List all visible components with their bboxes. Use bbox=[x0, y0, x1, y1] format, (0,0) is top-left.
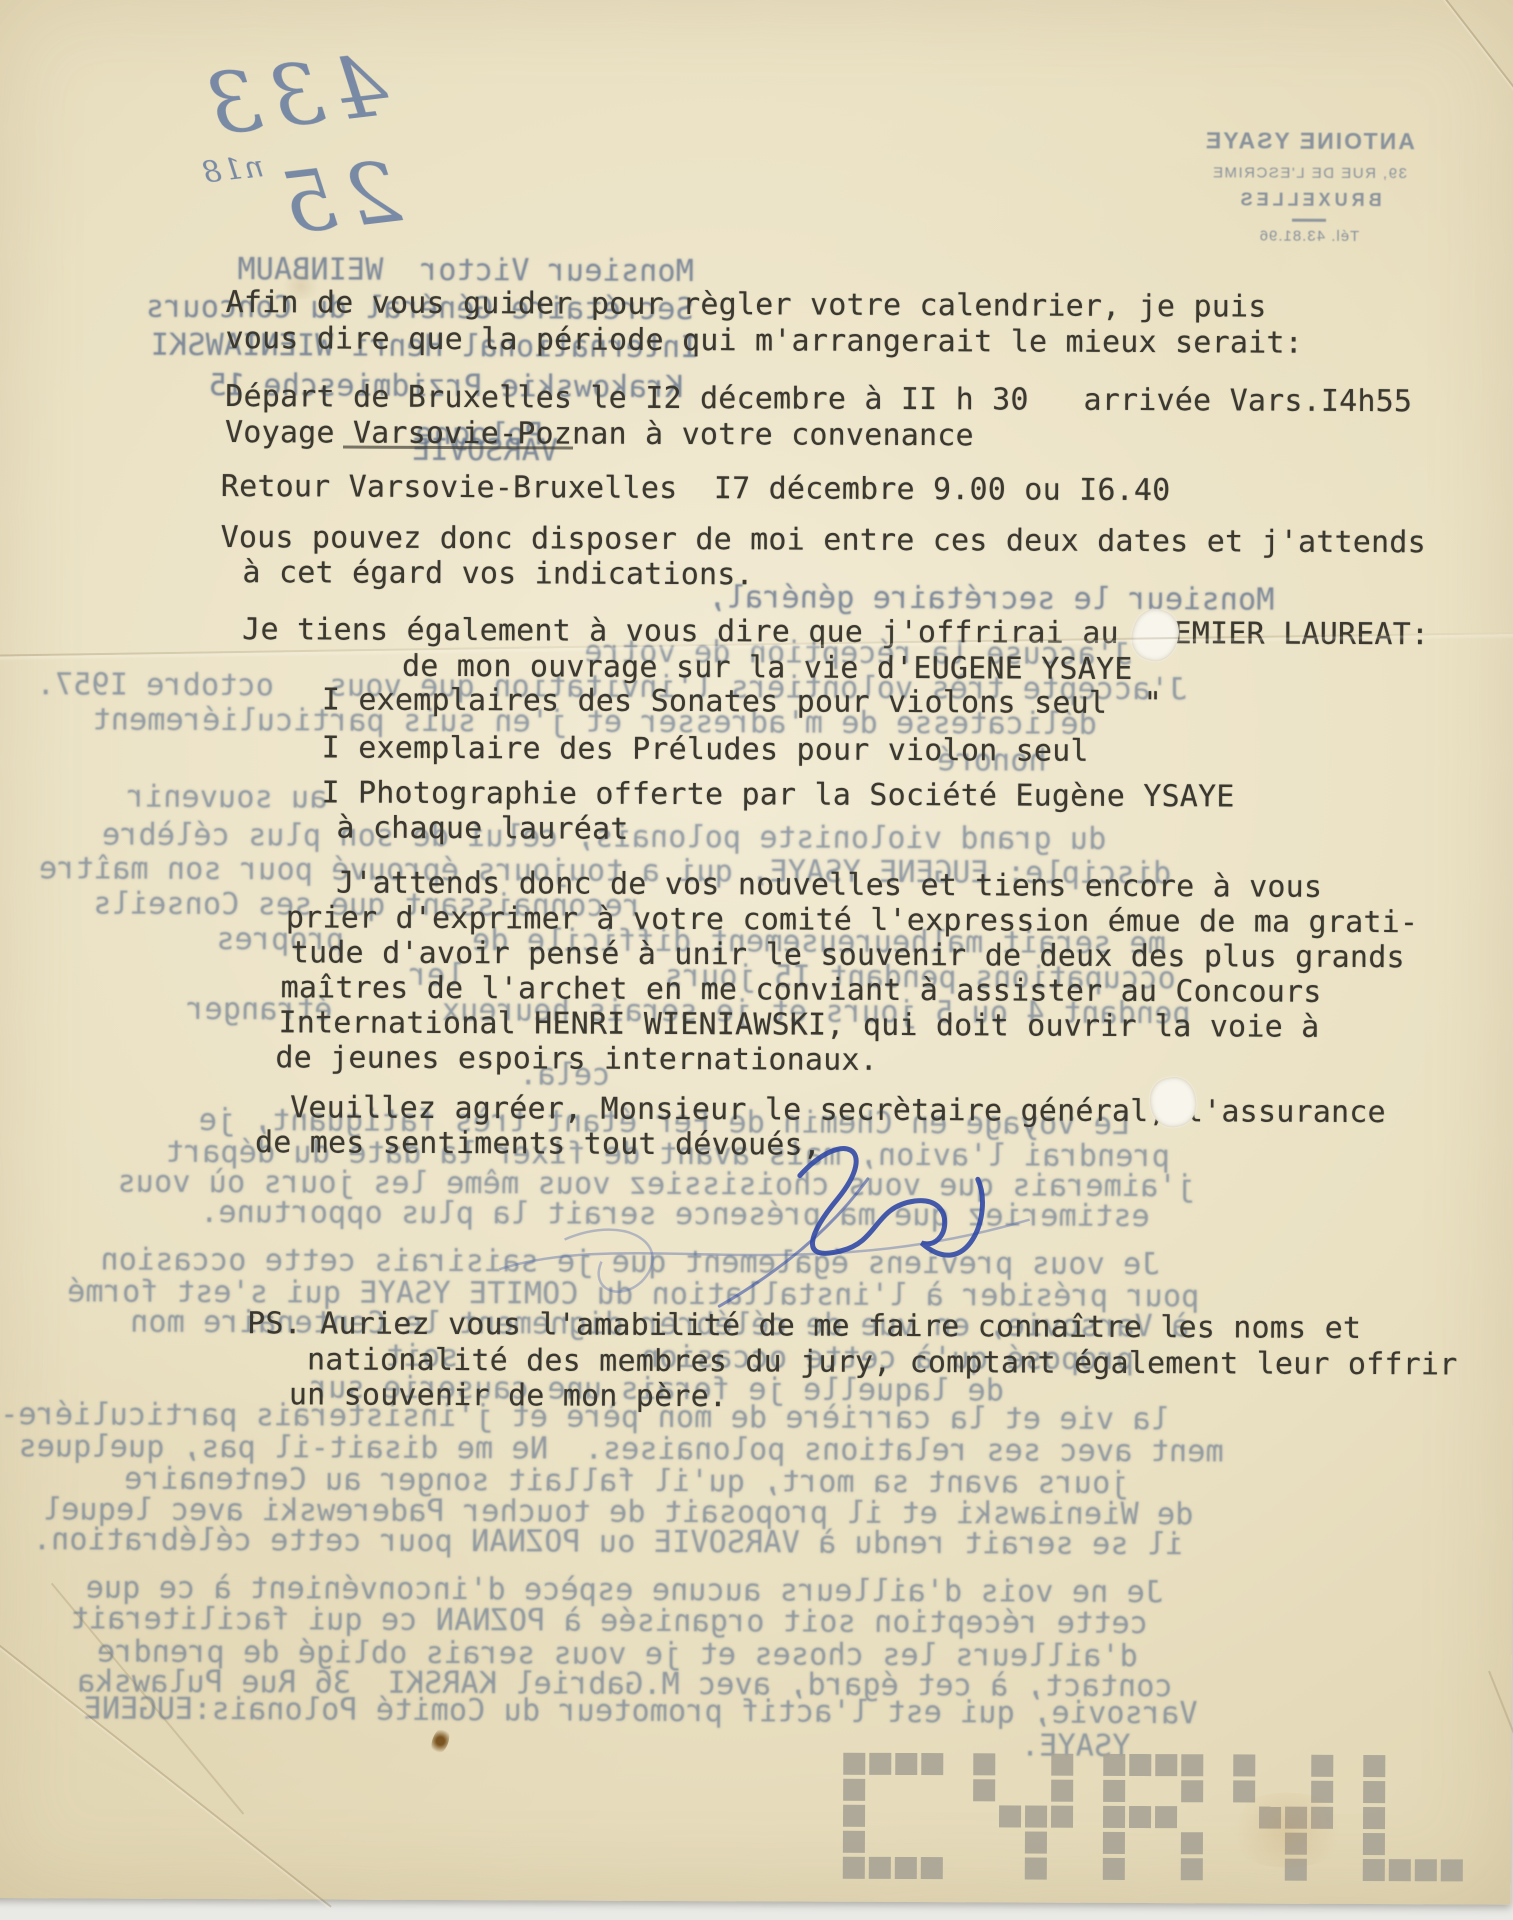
typed-line: de jeunes espoirs internationaux. bbox=[275, 1043, 878, 1076]
watermark-block bbox=[1363, 1755, 1385, 1777]
verso-bleed-line: disciple: EUGENE YSAYE, qui a toujours é… bbox=[39, 854, 1171, 889]
watermark-block bbox=[1103, 1806, 1125, 1828]
typed-line: International HENRI WIENIAWSKI, qui doit… bbox=[278, 1008, 1319, 1043]
verso-bleed-line: prendrai l'avion, mais avant de fixer la… bbox=[165, 1138, 1170, 1172]
watermark-block bbox=[1311, 1781, 1333, 1803]
typed-line: de mes sentiments tout dévoués, bbox=[255, 1128, 821, 1160]
watermark-block bbox=[1103, 1858, 1125, 1880]
watermark-block bbox=[1051, 1780, 1073, 1802]
watermark-block bbox=[843, 1805, 865, 1827]
verso-bleed-text-layer: Monsieur Victor WEINBAUMSecrétaire Génér… bbox=[47, 0, 1285, 1904]
watermark-block bbox=[869, 1753, 891, 1775]
verso-bleed-line: délicatesse de m'adresser et j'en suis p… bbox=[92, 705, 1097, 739]
verso-bleed-line: à Varsovie, en vue de célébrer dignement… bbox=[130, 1308, 1189, 1343]
letterhead-name: ANTOINE YSAYE bbox=[1169, 127, 1449, 155]
watermark-block bbox=[1181, 1780, 1203, 1802]
watermark-block bbox=[1441, 1859, 1463, 1881]
watermark-block bbox=[1129, 1754, 1151, 1776]
typed-line: de mon ouvrage sur la vie d'EUGENE YSAYE bbox=[402, 652, 1133, 685]
watermark-block bbox=[1233, 1754, 1255, 1776]
verso-bleed-line: occupations pendant I5 jours ler bbox=[409, 961, 1176, 994]
ink-fleck-stain bbox=[428, 1725, 453, 1757]
faint-stain bbox=[279, 273, 323, 299]
watermark-block bbox=[921, 1753, 943, 1775]
verso-bleed-line: Le voyage en Chemin de Fer étant très fa… bbox=[199, 1106, 1130, 1140]
watermark-block bbox=[1415, 1859, 1437, 1881]
watermark-block bbox=[895, 1857, 917, 1879]
watermark-block bbox=[1103, 1754, 1125, 1776]
letterhead-phone: Tél. 43.81.96 bbox=[1169, 227, 1449, 245]
watermark-block bbox=[1363, 1807, 1385, 1829]
watermark-block bbox=[1181, 1754, 1203, 1776]
fold-crease bbox=[1488, 1671, 1513, 1913]
watermark-block bbox=[1233, 1780, 1255, 1802]
verso-bleed-line: Secrétaire Général du Concours bbox=[146, 293, 694, 325]
typed-line: Je tiens également à vous dire que j'off… bbox=[242, 615, 1429, 650]
watermark-block bbox=[1025, 1806, 1047, 1828]
verso-bleed-line: cela. bbox=[519, 1060, 610, 1090]
watermark-block bbox=[921, 1857, 943, 1879]
watermark-block bbox=[1155, 1754, 1177, 1776]
typed-line: I exemplaire des Préludes pour violon se… bbox=[322, 733, 1089, 766]
fold-crease bbox=[0, 1640, 332, 1908]
typed-line: Voyage Varsovie-Poznan à votre convenanc… bbox=[225, 418, 974, 451]
verso-bleed-line: ment avec ses relations polonaises. Ne m… bbox=[18, 1432, 1223, 1467]
typed-line: vous dire que la période qui m'arrangera… bbox=[225, 324, 1303, 359]
verso-bleed-line: Varsovie, qui est l'actif promoteur du C… bbox=[83, 1694, 1197, 1729]
typed-line: Retour Varsovie-Bruxelles I7 décembre 9.… bbox=[221, 472, 1171, 506]
verso-bleed-line: International Henri WIENIAWSKI bbox=[151, 331, 699, 363]
handwritten-number: 433 25 bbox=[192, 36, 405, 254]
typed-line: J'attends donc de vos nouvelles et tiens… bbox=[336, 868, 1322, 902]
typed-line: tude d'avoir pensé à unir le souvenir de… bbox=[291, 938, 1405, 973]
watermark-block bbox=[1103, 1832, 1125, 1854]
verso-bleed-line: cette réception soit organisée à POZNAN … bbox=[70, 1604, 1148, 1639]
scanned-letter-page: Monsieur Victor WEINBAUMSecrétaire Génér… bbox=[0, 0, 1513, 1920]
signature-ink bbox=[469, 1119, 1070, 1322]
paper-hole bbox=[1146, 1074, 1200, 1131]
typed-line: I exemplaires des Sonates pour violons s… bbox=[322, 685, 1162, 719]
handwritten-archive-number: 433 25 n18 bbox=[53, 36, 405, 278]
typed-line bbox=[343, 446, 573, 450]
typed-line: PS. Auriez vous l'amabilité de me faire … bbox=[247, 1309, 1361, 1344]
paper-sheet: Monsieur Victor WEINBAUMSecrétaire Génér… bbox=[0, 0, 1513, 1905]
typed-line: Afin de vous guider pour règler votre ca… bbox=[226, 288, 1267, 323]
handwritten-superscript: n18 bbox=[198, 149, 265, 191]
watermark-block bbox=[1311, 1755, 1333, 1777]
verso-bleed-line: j'aimerais que vous choisissiez vous mêm… bbox=[117, 1168, 1195, 1203]
watermark-block bbox=[843, 1857, 865, 1879]
corner-fold-crease bbox=[1417, 0, 1513, 137]
typed-line: Veuillez agréer, Monsieur le secrètaire … bbox=[290, 1093, 1386, 1128]
typed-line: prier d'exprimer à votre comité l'expres… bbox=[286, 903, 1418, 938]
watermark-block bbox=[1155, 1806, 1177, 1828]
typed-line: nationalité des membres du jury, comptan… bbox=[307, 1345, 1458, 1380]
watermark-block bbox=[1025, 1832, 1047, 1854]
verso-bleed-line: pendant 4 ou 5 jours et je serais heureu… bbox=[186, 995, 1191, 1029]
watermark-block bbox=[843, 1779, 865, 1801]
verso-bleed-line: d'ailleurs les choses et je vous serais … bbox=[97, 1637, 1138, 1672]
verso-bleed-line: jours avant sa mort, qu'il fallait songe… bbox=[124, 1465, 1129, 1499]
watermark-block bbox=[1181, 1832, 1203, 1854]
verso-bleed-line: honoré bbox=[937, 746, 1047, 776]
letterhead-bleed: ANTOINE YSAYE 39, RUE DE L'ESCRIME BRUXE… bbox=[1169, 127, 1450, 245]
typed-line: I Photographie offerte par la Société Eu… bbox=[321, 778, 1234, 812]
watermark-block bbox=[973, 1753, 995, 1775]
verso-bleed-line: Pologne bbox=[415, 420, 543, 451]
watermark-block bbox=[869, 1857, 891, 1879]
verso-bleed-line: J'accuse la réception de votre bbox=[584, 638, 1132, 670]
watermark-block bbox=[1285, 1859, 1307, 1881]
watermark-block bbox=[843, 1831, 865, 1853]
watermark-block bbox=[1285, 1833, 1307, 1855]
typed-text-layer: Afin de vous guider pour règler votre ca… bbox=[0, 0, 1513, 1905]
typed-line: un souvenir de mon père. bbox=[289, 1380, 727, 1412]
letterhead-street: 39, RUE DE L'ESCRIME bbox=[1169, 164, 1449, 182]
verso-bleed-line: pour présider à l'installation du COMITE… bbox=[67, 1277, 1199, 1312]
verso-bleed-line: Je vous previens également que je saisir… bbox=[100, 1245, 1159, 1280]
verso-bleed-line: me serait malheureusement difficile de p… bbox=[216, 925, 1166, 959]
verso-bleed-line: Je ne vois d'ailleurs aucune espèce d'in… bbox=[86, 1573, 1164, 1608]
watermark-block bbox=[1311, 1807, 1333, 1829]
watermark-block bbox=[1363, 1781, 1385, 1803]
watermark-block bbox=[1363, 1833, 1385, 1855]
typed-line: Départ de Bruxelles le I2 décembre à II … bbox=[225, 382, 1412, 417]
watermark-block bbox=[1051, 1754, 1073, 1776]
verso-bleed-line: la vie et la carrière de mon père et j'i… bbox=[0, 1400, 1169, 1435]
verso-bleed-line: Krakowskie Przidmiesche 15 bbox=[208, 371, 683, 403]
watermark-block bbox=[1025, 1858, 1047, 1880]
watermark-block bbox=[843, 1753, 865, 1775]
cyryl-watermark bbox=[843, 1753, 1464, 1882]
watermark-block bbox=[1285, 1807, 1307, 1829]
verso-bleed-line: estimeriez que ma présence serait la plu… bbox=[200, 1198, 1150, 1232]
verso-bleed-line: il se serait rendu à VARSOVIE ou POZNAN … bbox=[33, 1525, 1184, 1560]
watermark-block bbox=[973, 1779, 995, 1801]
letterhead-city: BRUXELLES bbox=[1169, 189, 1449, 211]
verso-bleed-line: de Wieniawski et il proposait de toucher… bbox=[43, 1495, 1194, 1530]
verso-bleed-line: du grand violoniste polonais, celui de s… bbox=[102, 820, 1107, 854]
verso-bleed-line: proposé qu'à cette occasion soit bbox=[385, 1342, 1134, 1375]
typed-line: à cet égard vos indications. bbox=[242, 558, 753, 590]
fold-crease bbox=[51, 1583, 244, 1815]
verso-bleed-line: reconnaissant que ses Conseils bbox=[93, 889, 641, 921]
verso-bleed-line: VARSOVIE bbox=[412, 436, 558, 467]
watermark-block bbox=[1389, 1859, 1411, 1881]
paper-hole bbox=[1126, 604, 1184, 666]
watermark-block bbox=[1051, 1806, 1073, 1828]
watermark-block bbox=[1129, 1806, 1151, 1828]
letterhead-divider bbox=[1292, 219, 1326, 222]
watermark-block bbox=[1259, 1807, 1281, 1829]
verso-bleed-line: Monsieur Victor WEINBAUM bbox=[237, 255, 694, 287]
watermark-block bbox=[999, 1805, 1021, 1827]
verso-bleed-line: J'accepte très volontiers l'invitation q… bbox=[36, 670, 1187, 705]
watermark-block bbox=[1181, 1858, 1203, 1880]
typed-line: maîtres de l'archet en me conviant à ass… bbox=[281, 973, 1322, 1008]
watermark-block bbox=[1103, 1780, 1125, 1802]
verso-bleed-line: Monsieur le secrétaire général, bbox=[708, 583, 1274, 615]
typed-line: Vous pouvez donc disposer de moi entre c… bbox=[221, 523, 1426, 558]
fold-crease bbox=[0, 632, 1513, 657]
watermark-block bbox=[1363, 1859, 1385, 1881]
watermark-block bbox=[895, 1753, 917, 1775]
verso-bleed-line: de laquelle je ferais une causerie sur bbox=[310, 1373, 1004, 1406]
verso-bleed-line: au souvenir bbox=[127, 783, 328, 814]
verso-bleed-line: contact, à cet égard, avec M.Gabriel KAR… bbox=[77, 1667, 1173, 1702]
typed-line: à chaque lauréat bbox=[336, 814, 628, 845]
